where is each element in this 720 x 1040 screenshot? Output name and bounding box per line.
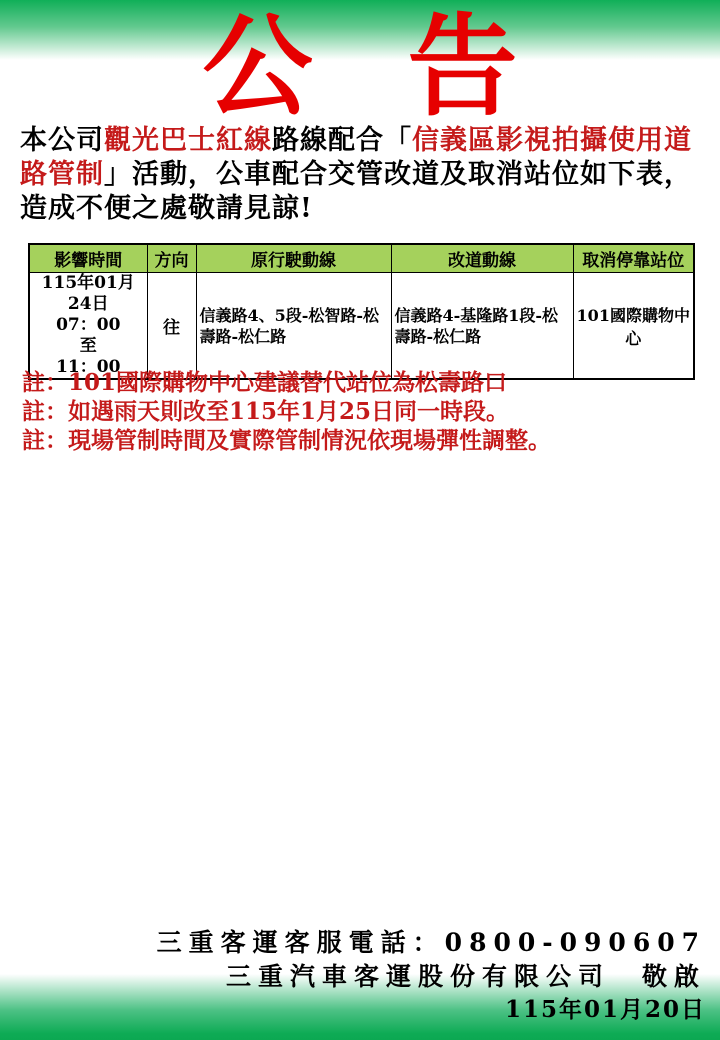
- notes-block: 註：101國際購物中心建議替代站位為松壽路口 註：如遇雨天則改至115年1月25…: [22, 368, 712, 455]
- intro-line-2: 路管制」活動，公車配合交管改道及取消站位如下表，: [20, 158, 708, 192]
- intro-text: 」活動，公車配合交管改道及取消站位如下表，: [104, 159, 692, 190]
- table-row: 115年01月24日 07：00 至 11：00 往 信義路4、5段-松智路-松…: [29, 273, 694, 380]
- cell-detour-route: 信義路4-基隆路1段-松壽路-松仁路: [391, 273, 573, 380]
- header-cancelled-stop: 取消停靠站位: [573, 244, 694, 273]
- footer-company-name: 三重汽車客運股份有限公司 敬啟: [6, 960, 706, 994]
- title-char-left: 公: [203, 12, 313, 122]
- title-char-right: 告: [408, 12, 518, 122]
- intro-highlight-event-cont: 路管制: [20, 159, 104, 190]
- header-impact-time: 影響時間: [29, 244, 147, 273]
- footer-service-phone: 三重客運客服電話：0800-090607: [6, 926, 706, 960]
- cell-cancelled-stop: 101國際購物中心: [573, 273, 694, 380]
- footer-date: 115年01月20日: [6, 994, 706, 1025]
- note-line-3: 註：現場管制時間及實際管制情況依現場彈性調整。: [22, 426, 712, 455]
- note-line-2: 註：如遇雨天則改至115年1月25日同一時段。: [22, 397, 712, 426]
- footer-block: 三重客運客服電話：0800-090607 三重汽車客運股份有限公司 敬啟 115…: [6, 926, 706, 1025]
- intro-text: 路線配合「: [272, 125, 412, 156]
- intro-text: 本公司: [20, 125, 104, 156]
- table-header-row: 影響時間 方向 原行駛動線 改道動線 取消停靠站位: [29, 244, 694, 273]
- intro-line-1: 本公司觀光巴士紅線路線配合「信義區影視拍攝使用道: [20, 124, 708, 158]
- header-detour-route: 改道動線: [391, 244, 573, 273]
- intro-line-3: 造成不便之處敬請見諒!: [20, 192, 708, 226]
- header-original-route: 原行駛動線: [196, 244, 391, 273]
- cell-impact-time: 115年01月24日 07：00 至 11：00: [29, 273, 147, 380]
- intro-paragraph: 本公司觀光巴士紅線路線配合「信義區影視拍攝使用道 路管制」活動，公車配合交管改道…: [20, 124, 708, 226]
- note-line-1: 註：101國際購物中心建議替代站位為松壽路口: [22, 368, 712, 397]
- intro-highlight-event: 信義區影視拍攝使用道: [412, 125, 692, 156]
- notice-page: 公 告 本公司觀光巴士紅線路線配合「信義區影視拍攝使用道 路管制」活動，公車配合…: [0, 0, 720, 1040]
- route-change-table: 影響時間 方向 原行駛動線 改道動線 取消停靠站位 115年01月24日 07：…: [28, 243, 695, 380]
- page-title: 公 告: [0, 0, 720, 134]
- intro-highlight-route: 觀光巴士紅線: [104, 125, 272, 156]
- cell-original-route: 信義路4、5段-松智路-松壽路-松仁路: [196, 273, 391, 380]
- header-direction: 方向: [147, 244, 196, 273]
- cell-direction: 往: [147, 273, 196, 380]
- intro-text: 造成不便之處敬請見諒!: [20, 193, 313, 224]
